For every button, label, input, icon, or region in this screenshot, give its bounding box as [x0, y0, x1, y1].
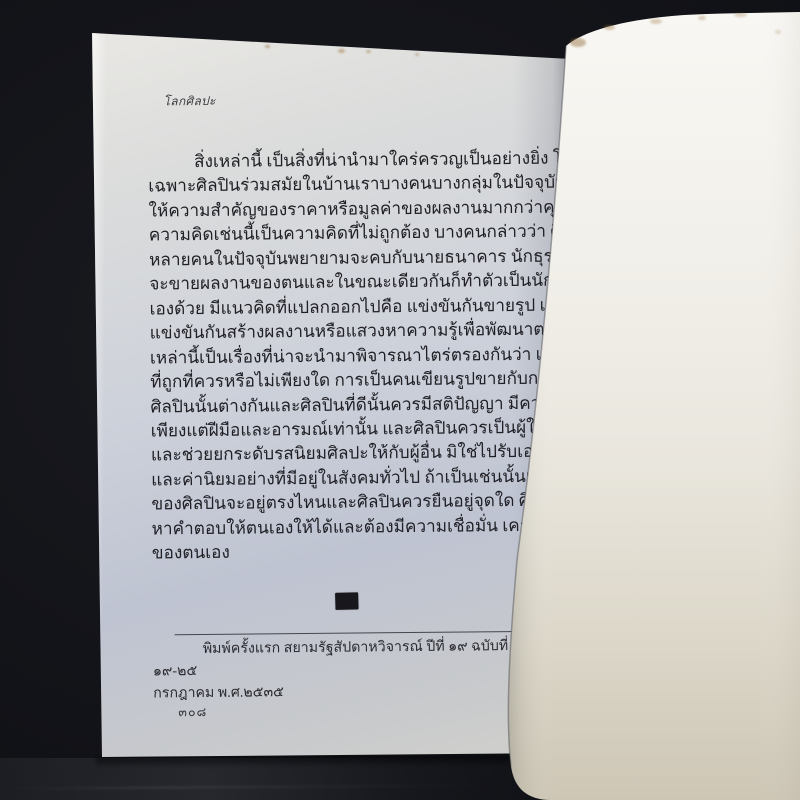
foxing-stain [734, 13, 747, 17]
foxing-stain [338, 49, 345, 53]
book-photo: โลกศิลปะ สิ่งเหล่านี้ เป็นสิ่งที่น่านำมา… [0, 0, 800, 800]
foxing-stain [775, 30, 781, 34]
curled-page-shading [508, 12, 800, 800]
right-page-curl [0, 0, 800, 800]
foxing-stain [650, 19, 662, 24]
foxing-stain [265, 45, 270, 48]
foxing-stain [366, 50, 371, 53]
foxing-stain [570, 38, 586, 47]
foxing-stain [698, 16, 706, 20]
foxing-stain [415, 53, 419, 56]
foxing-stain [604, 25, 615, 30]
